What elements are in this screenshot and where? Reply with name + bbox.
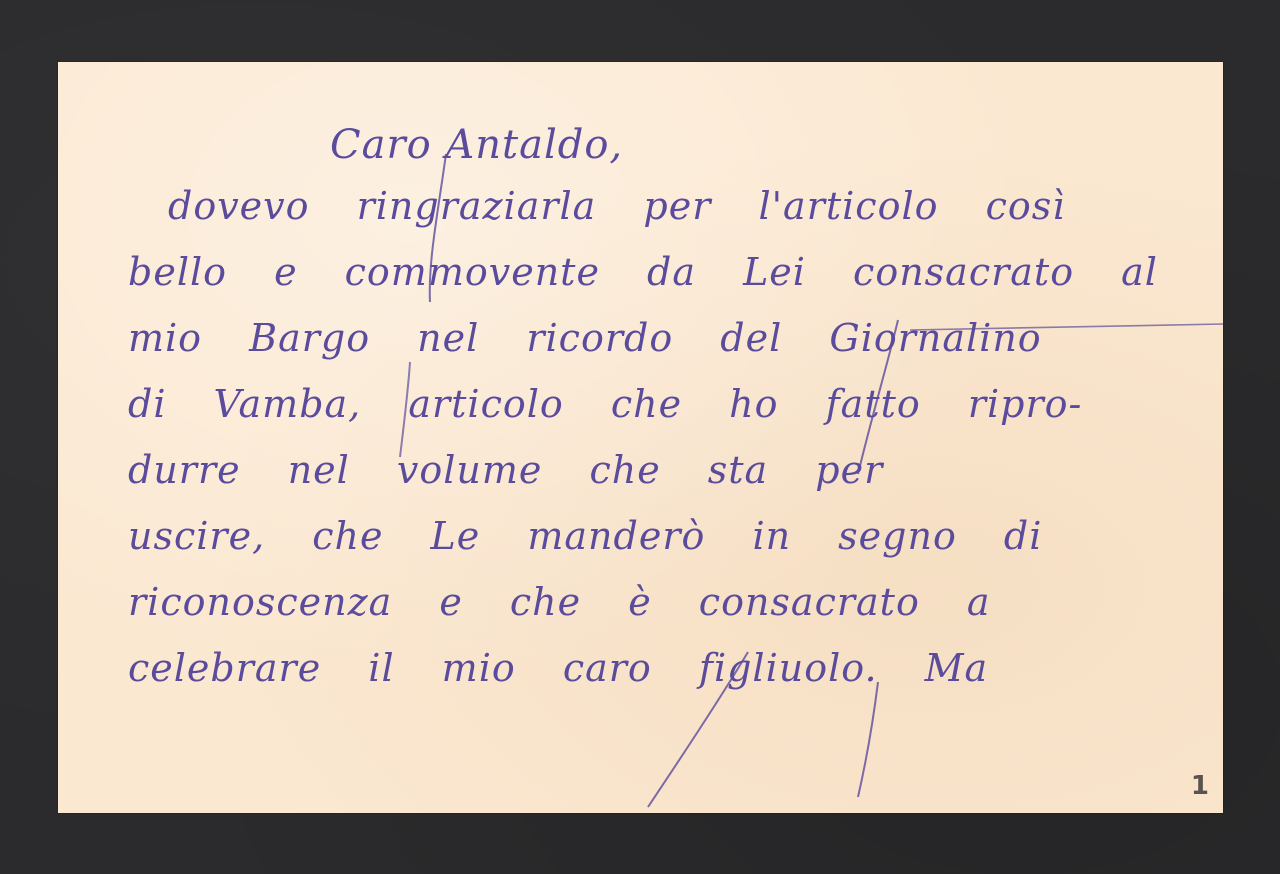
letter-line-7: riconoscenza e che è consacrato a bbox=[128, 580, 991, 624]
letter-line-8: celebrare il mio caro figliuolo. Ma bbox=[128, 646, 988, 690]
scanned-document: Caro Antaldo, dovevo ringraziarla per l'… bbox=[0, 0, 1280, 874]
letter-line-3: mio Bargo nel ricordo del Giornalino bbox=[128, 316, 1042, 360]
letter-line-4: di Vamba, articolo che ho fatto ripro- bbox=[128, 382, 1082, 426]
letter-line-6: uscire, che Le manderò in segno di bbox=[128, 514, 1042, 558]
page-number: 1 bbox=[1191, 771, 1209, 801]
letter-line-5: durre nel volume che sta per bbox=[128, 448, 883, 492]
salutation: Caro Antaldo, bbox=[330, 122, 623, 168]
letter-card: Caro Antaldo, dovevo ringraziarla per l'… bbox=[58, 62, 1223, 813]
letter-line-2: bello e commovente da Lei consacrato al bbox=[128, 250, 1158, 294]
handwriting-flourishes bbox=[58, 62, 1223, 813]
letter-line-1: dovevo ringraziarla per l'articolo così bbox=[168, 184, 1065, 228]
